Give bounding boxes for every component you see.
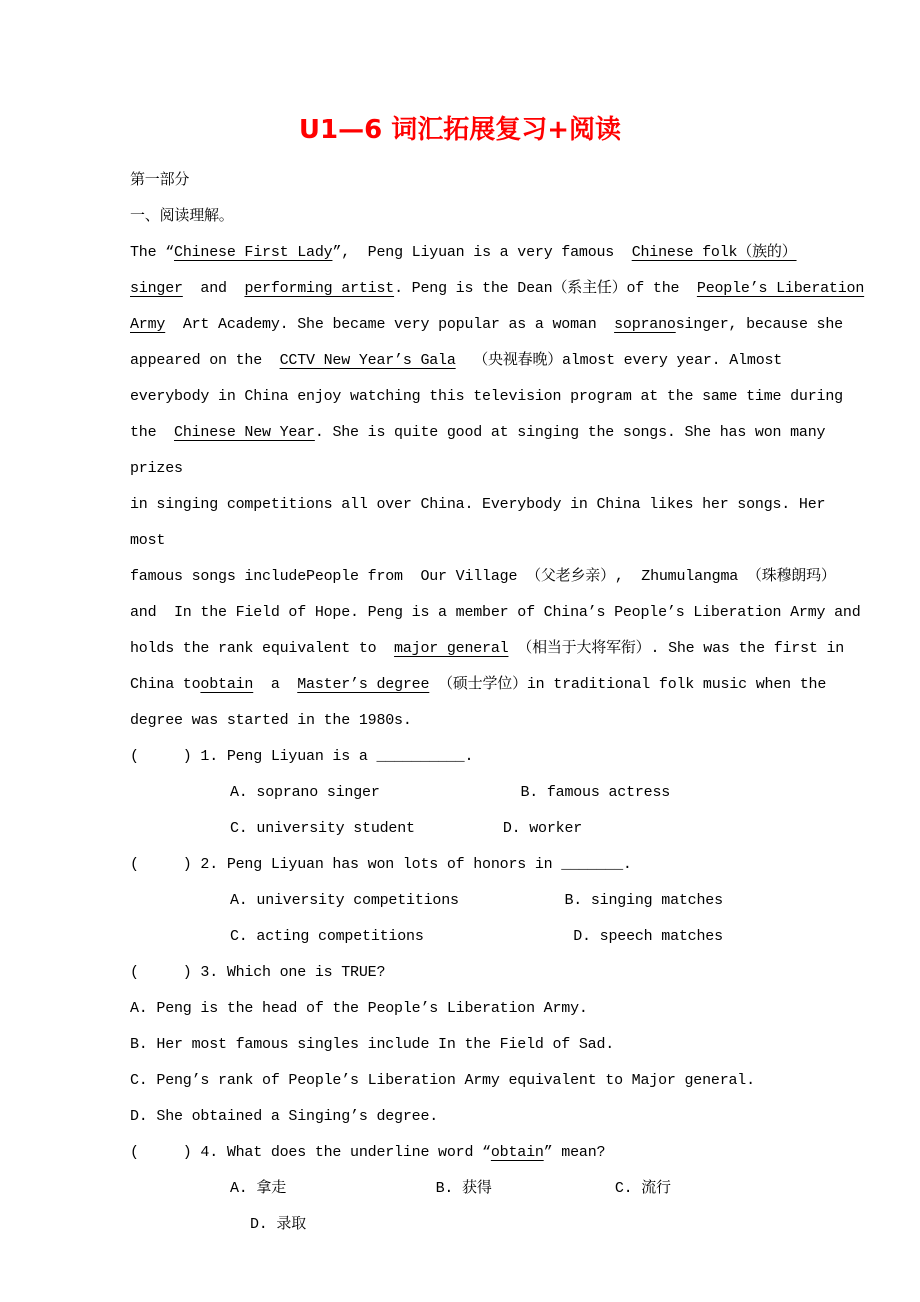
- document-body: 第一部分 一、阅读理解。 The “Chinese First Lady”, P…: [130, 163, 865, 1243]
- text-run: appeared on the: [130, 352, 280, 369]
- underlined-term: major general: [394, 640, 508, 657]
- passage-line: the Chinese New Year. She is quite good …: [130, 415, 865, 487]
- passage-line: degree was started in the 1980s.: [130, 703, 865, 739]
- text-run: the: [130, 424, 174, 441]
- text-run: Art Academy. She became very popular as …: [165, 316, 614, 333]
- question-1: ( ) 1. Peng Liyuan is a __________.A. so…: [130, 739, 865, 847]
- passage-line: Army Art Academy. She became very popula…: [130, 307, 865, 343]
- text-run: A. Peng is the head of the People’s Libe…: [130, 1000, 588, 1017]
- text-run: everybody in China enjoy watching this t…: [130, 388, 843, 405]
- underlined-term: People’s Liberation: [697, 280, 864, 297]
- text-run: A. 拿走 B. 获得 C. 流行: [230, 1180, 671, 1197]
- text-run: ( ) 3. Which one is TRUE?: [130, 964, 385, 981]
- underlined-term: Chinese First Lady: [174, 244, 332, 261]
- text-run: The “: [130, 244, 174, 261]
- option-line: D. 录取: [250, 1207, 865, 1243]
- passage-line: The “Chinese First Lady”, Peng Liyuan is…: [130, 235, 865, 271]
- text-run: C. university student D. worker: [230, 820, 582, 837]
- text-run: D. She obtained a Singing’s degree.: [130, 1108, 438, 1125]
- text-run: and: [183, 280, 245, 297]
- option-line: A. Peng is the head of the People’s Libe…: [130, 991, 865, 1027]
- option-line: B. Her most famous singles include In th…: [130, 1027, 865, 1063]
- text-run: A. soprano singer B. famous actress: [230, 784, 670, 801]
- passage-line: and In the Field of Hope. Peng is a memb…: [130, 595, 865, 631]
- text-run: （央视春晚）almost every year. Almost: [456, 352, 782, 369]
- passage-line: famous songs includePeople from Our Vill…: [130, 559, 865, 595]
- passage-line: appeared on the CCTV New Year’s Gala （央视…: [130, 343, 865, 379]
- question-2: ( ) 2. Peng Liyuan has won lots of honor…: [130, 847, 865, 955]
- text-run: ( ) 1. Peng Liyuan is a __________.: [130, 748, 473, 765]
- underlined-term: obtain: [491, 1144, 544, 1161]
- text-run: in singing competitions all over China. …: [130, 496, 834, 549]
- underlined-term: obtain: [200, 676, 253, 693]
- text-run: singer, because she: [676, 316, 843, 333]
- passage-line: China toobtain a Master’s degree （硕士学位）i…: [130, 667, 865, 703]
- passage-line: in singing competitions all over China. …: [130, 487, 865, 559]
- text-run: （相当于大将军衔）. She was the first in: [508, 640, 844, 657]
- option-line: A. soprano singer B. famous actress: [230, 775, 865, 811]
- text-run: a: [253, 676, 297, 693]
- text-run: ” mean?: [544, 1144, 606, 1161]
- text-run: degree was started in the 1980s.: [130, 712, 412, 729]
- text-run: holds the rank equivalent to: [130, 640, 394, 657]
- underlined-term: singer: [130, 280, 183, 297]
- underlined-term: Chinese folk（族的）: [632, 244, 797, 261]
- option-line: A. university competitions B. singing ma…: [230, 883, 865, 919]
- question-stem: ( ) 3. Which one is TRUE?: [130, 955, 865, 991]
- underlined-term: performing artist: [244, 280, 394, 297]
- passage-line: singer and performing artist. Peng is th…: [130, 271, 865, 307]
- question-list: ( ) 1. Peng Liyuan is a __________.A. so…: [130, 739, 865, 1243]
- underlined-term: soprano: [614, 316, 676, 333]
- question-stem: ( ) 2. Peng Liyuan has won lots of honor…: [130, 847, 865, 883]
- text-run: and In the Field of Hope. Peng is a memb…: [130, 604, 861, 621]
- underlined-term: Army: [130, 316, 165, 333]
- text-run: B. Her most famous singles include In th…: [130, 1036, 614, 1053]
- text-run: （硕士学位）in traditional folk music when the: [429, 676, 826, 693]
- option-line: A. 拿走 B. 获得 C. 流行: [230, 1171, 865, 1207]
- option-line: D. She obtained a Singing’s degree.: [130, 1099, 865, 1135]
- text-run: C. Peng’s rank of People’s Liberation Ar…: [130, 1072, 755, 1089]
- text-run: ”, Peng Liyuan is a very famous: [332, 244, 631, 261]
- text-run: C. acting competitions D. speech matches: [230, 928, 723, 945]
- underlined-term: CCTV New Year’s Gala: [280, 352, 456, 369]
- passage-line: holds the rank equivalent to major gener…: [130, 631, 865, 667]
- option-line: C. university student D. worker: [230, 811, 865, 847]
- option-line: C. Peng’s rank of People’s Liberation Ar…: [130, 1063, 865, 1099]
- option-line: C. acting competitions D. speech matches: [230, 919, 865, 955]
- text-run: ( ) 4. What does the underline word “: [130, 1144, 491, 1161]
- text-run: ( ) 2. Peng Liyuan has won lots of honor…: [130, 856, 632, 873]
- reading-passage: The “Chinese First Lady”, Peng Liyuan is…: [130, 235, 865, 739]
- text-run: famous songs includePeople from Our Vill…: [130, 568, 836, 585]
- section-heading: 一、阅读理解。: [130, 199, 865, 235]
- text-run: A. university competitions B. singing ma…: [230, 892, 723, 909]
- question-4: ( ) 4. What does the underline word “obt…: [130, 1135, 865, 1243]
- underlined-term: Chinese New Year: [174, 424, 315, 441]
- question-3: ( ) 3. Which one is TRUE?A. Peng is the …: [130, 955, 865, 1135]
- text-run: China to: [130, 676, 200, 693]
- question-stem: ( ) 4. What does the underline word “obt…: [130, 1135, 865, 1171]
- passage-line: everybody in China enjoy watching this t…: [130, 379, 865, 415]
- text-run: . Peng is the Dean（系主任）of the: [394, 280, 697, 297]
- question-stem: ( ) 1. Peng Liyuan is a __________.: [130, 739, 865, 775]
- underlined-term: Master’s degree: [297, 676, 429, 693]
- page-title: U1—6 词汇拓展复习+阅读: [0, 0, 920, 148]
- text-run: D. 录取: [250, 1216, 306, 1233]
- part-label: 第一部分: [130, 163, 865, 199]
- worksheet-page: U1—6 词汇拓展复习+阅读 第一部分 一、阅读理解。 The “Chinese…: [0, 0, 920, 1302]
